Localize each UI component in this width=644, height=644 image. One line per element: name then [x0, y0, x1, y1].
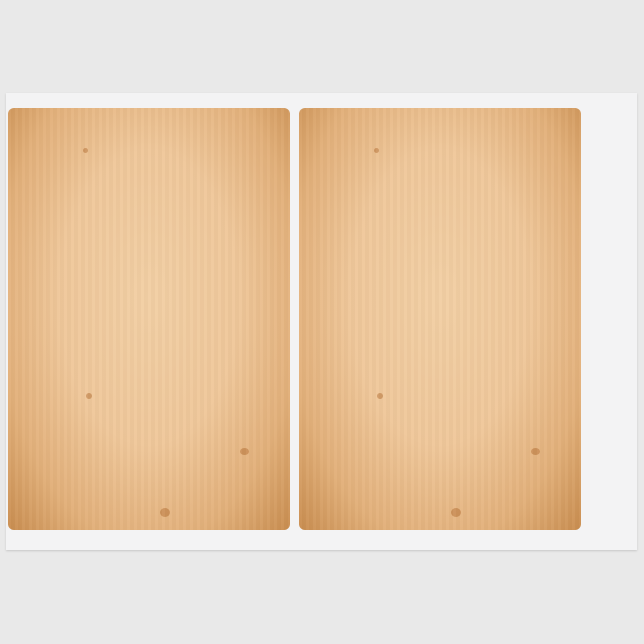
stain: [240, 448, 249, 455]
stain: [160, 508, 170, 517]
parchment-page-left: [8, 108, 290, 530]
stain: [86, 393, 92, 399]
parchment-page-right: [299, 108, 581, 530]
stain: [374, 148, 379, 153]
stain: [531, 448, 540, 455]
backing-sheet: [6, 93, 637, 550]
stain: [83, 148, 88, 153]
stain: [377, 393, 383, 399]
stain: [451, 508, 461, 517]
